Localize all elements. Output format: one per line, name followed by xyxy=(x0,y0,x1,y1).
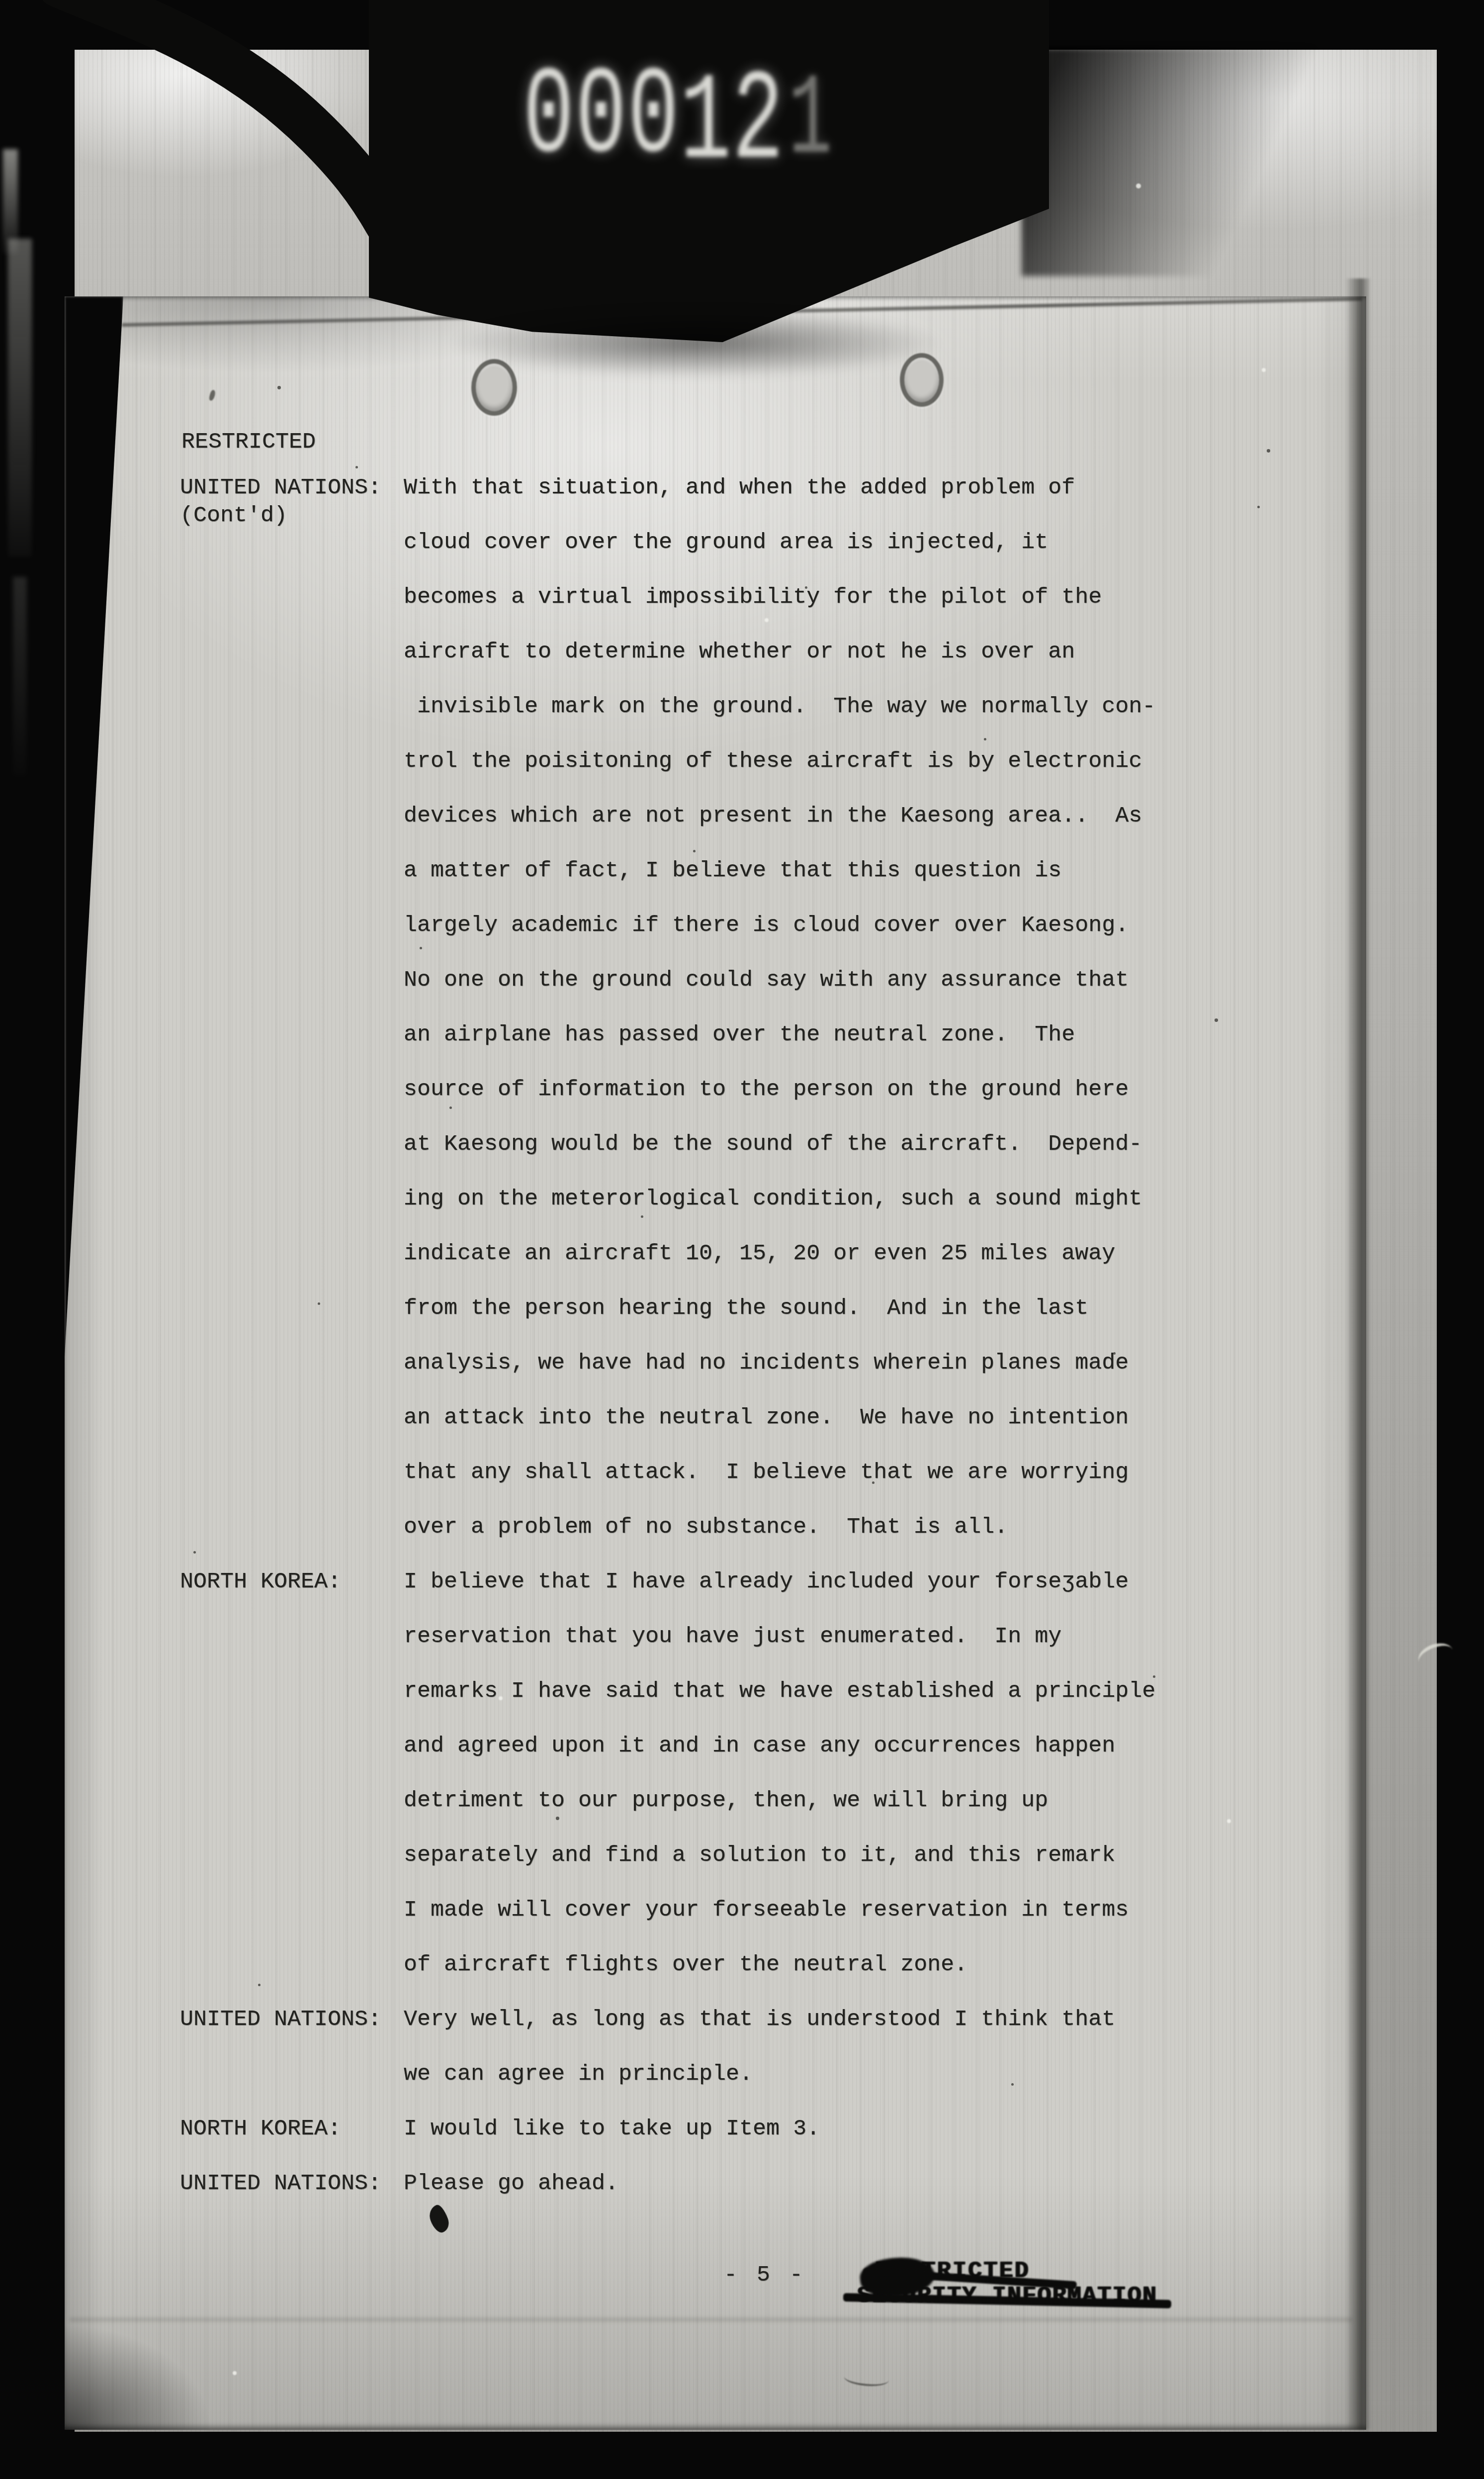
transcript-row: UNITED NATIONS:(Cont'd)With that situati… xyxy=(0,476,1484,506)
dialogue-line: that any shall attack. I believe that we… xyxy=(404,1461,1129,1483)
transcript-row: becomes a virtual impossibility for the … xyxy=(0,586,1484,616)
transcript-row: an airplane has passed over the neutral … xyxy=(0,1023,1484,1053)
transcript-row: I made will cover your forseeable reserv… xyxy=(0,1899,1484,1928)
transcript-row: remarks I have said that we have establi… xyxy=(0,1680,1484,1710)
dialogue-line: I believe that I have already included y… xyxy=(404,1570,1129,1593)
paper-white-specks xyxy=(0,0,2,2)
dialogue-line: and agreed upon it and in case any occur… xyxy=(404,1735,1115,1757)
transcript-row: from the person hearing the sound. And i… xyxy=(0,1297,1484,1327)
dialogue-line: an airplane has passed over the neutral … xyxy=(404,1023,1075,1046)
dialogue-line: largely academic if there is cloud cover… xyxy=(404,914,1129,936)
transcript-row: and agreed upon it and in case any occur… xyxy=(0,1735,1484,1764)
transcript-row: devices which are not present in the Kae… xyxy=(0,805,1484,834)
transcript-row: of aircraft flights over the neutral zon… xyxy=(0,1953,1484,1983)
dialogue-line: indicate an aircraft 10, 15, 20 or even … xyxy=(404,1242,1115,1265)
transcript-row: analysis, we have had no incidents where… xyxy=(0,1352,1484,1381)
dialogue-line: separately and find a solution to it, an… xyxy=(404,1844,1115,1866)
transcript-row: invisible mark on the ground. The way we… xyxy=(0,695,1484,725)
transcript-row: UNITED NATIONS:Please go ahead. xyxy=(0,2172,1484,2202)
transcript-row: source of information to the person on t… xyxy=(0,1078,1484,1108)
page-number: - 5 - xyxy=(724,2264,806,2286)
transcript-row: trol the poisitoning of these aircraft i… xyxy=(0,750,1484,780)
transcript-row: NORTH KOREA:I believe that I have alread… xyxy=(0,1570,1484,1600)
dialogue-line: at Kaesong would be the sound of the air… xyxy=(404,1133,1142,1155)
transcript-row: indicate an aircraft 10, 15, 20 or even … xyxy=(0,1242,1484,1272)
dialogue-line: devices which are not present in the Kae… xyxy=(404,805,1142,827)
dialogue-line: analysis, we have had no incidents where… xyxy=(404,1352,1129,1374)
dialogue-line: cloud cover over the ground area is inje… xyxy=(404,531,1048,553)
speaker-label: UNITED NATIONS: xyxy=(180,2172,381,2195)
transcript-row: a matter of fact, I believe that this qu… xyxy=(0,859,1484,889)
speaker-label: NORTH KOREA: xyxy=(180,1570,341,1593)
dialogue-line: I would like to take up Item 3. xyxy=(404,2117,820,2140)
transcript-row: ing on the meterorlogical condition, suc… xyxy=(0,1188,1484,1217)
dialogue-line: ing on the meterorlogical condition, suc… xyxy=(404,1188,1142,1210)
dialogue-line: source of information to the person on t… xyxy=(404,1078,1129,1101)
dialogue-line: With that situation, and when the added … xyxy=(404,476,1075,499)
transcript-row: we can agree in principle. xyxy=(0,2063,1484,2093)
transcript-row: cloud cover over the ground area is inje… xyxy=(0,531,1484,561)
classification-header: RESTRICTED xyxy=(181,431,316,453)
transcript-row: UNITED NATIONS:Very well, as long as tha… xyxy=(0,2008,1484,2038)
speaker-label: UNITED NATIONS: xyxy=(180,2008,381,2030)
dialogue-line: a matter of fact, I believe that this qu… xyxy=(404,859,1061,882)
dialogue-line: an attack into the neutral zone. We have… xyxy=(404,1406,1129,1429)
dialogue-line: I made will cover your forseeable reserv… xyxy=(404,1899,1129,1921)
transcript-row: an attack into the neutral zone. We have… xyxy=(0,1406,1484,1436)
dialogue-line: of aircraft flights over the neutral zon… xyxy=(404,1953,967,1976)
dialogue-line: Very well, as long as that is understood… xyxy=(404,2008,1115,2030)
dialogue-line: No one on the ground could say with any … xyxy=(404,969,1129,991)
dialogue-line: invisible mark on the ground. The way we… xyxy=(404,695,1155,718)
transcript-row: over a problem of no substance. That is … xyxy=(0,1516,1484,1546)
speaker-sublabel: (Cont'd) xyxy=(180,504,287,527)
dialogue-line: becomes a virtual impossibility for the … xyxy=(404,586,1102,608)
transcript-row: aircraft to determine whether or not he … xyxy=(0,641,1484,670)
dialogue-line: reservation that you have just enumerate… xyxy=(404,1625,1061,1648)
speaker-label: NORTH KOREA: xyxy=(180,2117,341,2140)
transcript-row: at Kaesong would be the sound of the air… xyxy=(0,1133,1484,1163)
dialogue-line: over a problem of no substance. That is … xyxy=(404,1516,1008,1538)
dialogue-line: remarks I have said that we have establi… xyxy=(404,1680,1155,1702)
transcript-row: NORTH KOREA:I would like to take up Item… xyxy=(0,2117,1484,2147)
dialogue-line: from the person hearing the sound. And i… xyxy=(404,1297,1088,1319)
dialogue-line: aircraft to determine whether or not he … xyxy=(404,641,1075,663)
transcript-row: separately and find a solution to it, an… xyxy=(0,1844,1484,1874)
dialogue-line: we can agree in principle. xyxy=(404,2063,753,2085)
transcript-row: that any shall attack. I believe that we… xyxy=(0,1461,1484,1491)
transcript-row: reservation that you have just enumerate… xyxy=(0,1625,1484,1655)
transcript-row: detriment to our purpose, then, we will … xyxy=(0,1789,1484,1819)
microfilm-scan: 000121 RESTRICTED UNITED NATIONS:(Cont'd… xyxy=(0,0,1484,2479)
dialogue-line: trol the poisitoning of these aircraft i… xyxy=(404,750,1142,772)
transcript-row: No one on the ground could say with any … xyxy=(0,969,1484,999)
typed-text-layer: RESTRICTED UNITED NATIONS:(Cont'd)With t… xyxy=(0,0,1484,2479)
transcript-row: largely academic if there is cloud cover… xyxy=(0,914,1484,944)
dialogue-line: Please go ahead. xyxy=(404,2172,618,2195)
dialogue-line: detriment to our purpose, then, we will … xyxy=(404,1789,1048,1812)
speaker-label: UNITED NATIONS: xyxy=(180,476,381,499)
